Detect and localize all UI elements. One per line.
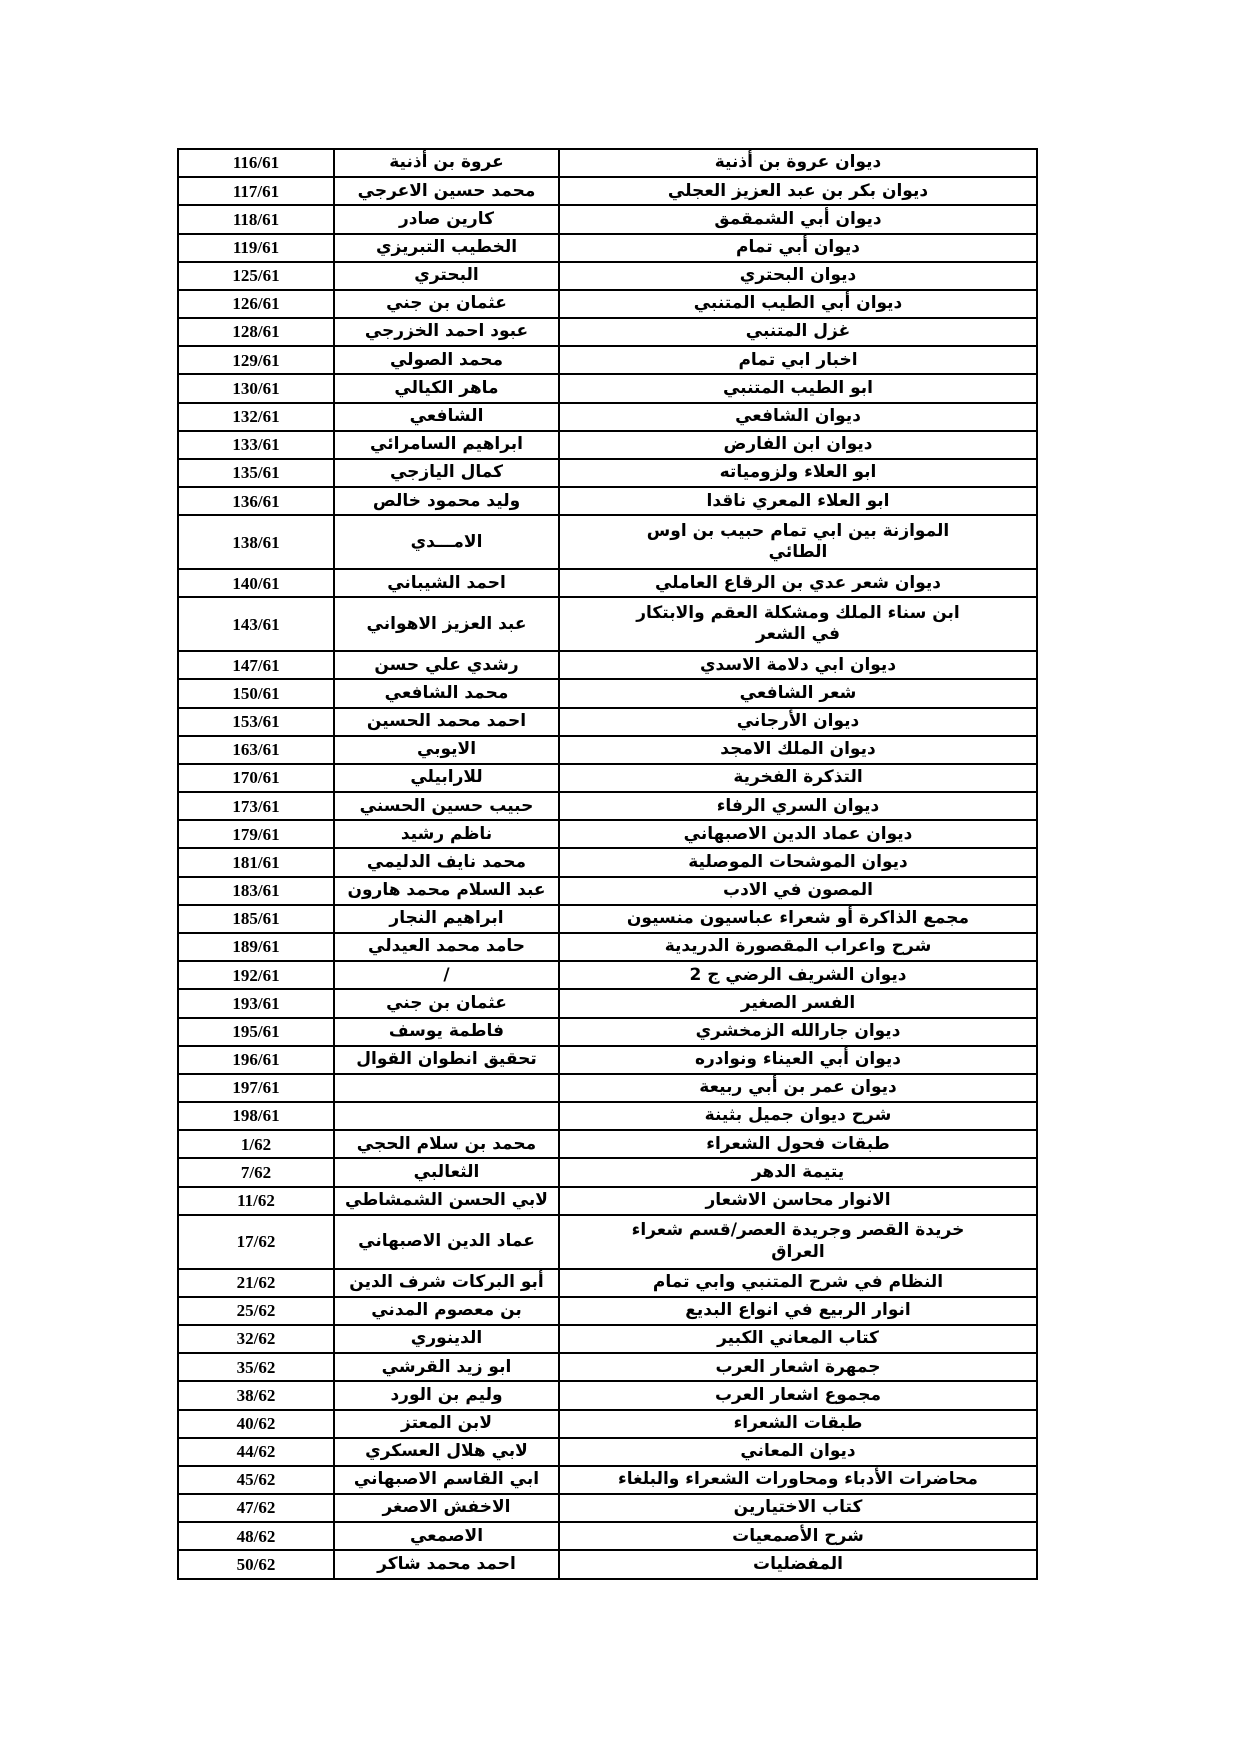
record-number-cell: 135/61 bbox=[178, 459, 334, 487]
author-cell: ابراهيم السامرائي bbox=[334, 431, 559, 459]
book-title-cell: خريدة القصر وجريدة العصر/قسم شعراء العرا… bbox=[559, 1215, 1037, 1269]
table-row: 170/61 للارابيلي التذكرة الفخرية bbox=[178, 764, 1037, 792]
record-number-cell: 126/61 bbox=[178, 290, 334, 318]
record-number-cell: 133/61 bbox=[178, 431, 334, 459]
author-cell: عروة بن أذنية bbox=[334, 149, 559, 177]
book-title-cell: المفضليات bbox=[559, 1550, 1037, 1579]
author-cell: عبود احمد الخزرجي bbox=[334, 318, 559, 346]
author-cell: أبو البركات شرف الدين bbox=[334, 1269, 559, 1297]
book-title-cell: ابو العلاء ولزومياته bbox=[559, 459, 1037, 487]
author-cell: الاصمعي bbox=[334, 1522, 559, 1550]
record-number-cell: 163/61 bbox=[178, 736, 334, 764]
table-row: 163/61 الايوبي ديوان الملك الامجد bbox=[178, 736, 1037, 764]
record-number-cell: 1/62 bbox=[178, 1130, 334, 1158]
book-title-cell: ديوان ابن الفارض bbox=[559, 431, 1037, 459]
book-title-cell: ابو العلاء المعري ناقدا bbox=[559, 487, 1037, 515]
table-row: 7/62 الثعالبي يتيمة الدهر bbox=[178, 1158, 1037, 1186]
book-title-cell: ديوان عماد الدين الاصبهاني bbox=[559, 820, 1037, 848]
table-row: 136/61 وليد محمود خالص ابو العلاء المعري… bbox=[178, 487, 1037, 515]
record-number-cell: 50/62 bbox=[178, 1550, 334, 1579]
author-cell: لابن المعتز bbox=[334, 1410, 559, 1438]
book-title-cell: ديوان الشريف الرضي ج 2 bbox=[559, 961, 1037, 989]
table-row: 185/61 ابراهيم النجار مجمع الذاكرة أو شع… bbox=[178, 905, 1037, 933]
table-row: 128/61 عبود احمد الخزرجي غزل المتنبي bbox=[178, 318, 1037, 346]
book-title-cell: مجمع الذاكرة أو شعراء عباسيون منسيون bbox=[559, 905, 1037, 933]
table-row: 44/62 لابي هلال العسكري ديوان المعاني bbox=[178, 1438, 1037, 1466]
book-title-cell: ديوان البحتري bbox=[559, 262, 1037, 290]
book-title-cell: ديوان عروة بن أذنية bbox=[559, 149, 1037, 177]
record-number-cell: 32/62 bbox=[178, 1325, 334, 1353]
author-cell: لابي الحسن الشمشاطي bbox=[334, 1187, 559, 1215]
table-row: 48/62 الاصمعي شرح الأصمعيات bbox=[178, 1522, 1037, 1550]
table-row: 135/61 كمال اليازجي ابو العلاء ولزومياته bbox=[178, 459, 1037, 487]
table-row: 116/61 عروة بن أذنية ديوان عروة بن أذنية bbox=[178, 149, 1037, 177]
author-cell: محمد حسين الاعرجي bbox=[334, 177, 559, 205]
record-number-cell: 118/61 bbox=[178, 205, 334, 233]
table-row: 193/61 عثمان بن جني الفسر الصغير bbox=[178, 989, 1037, 1017]
author-cell: ابراهيم النجار bbox=[334, 905, 559, 933]
book-title-cell: ديوان ابي دلامة الاسدي bbox=[559, 651, 1037, 679]
record-number-cell: 138/61 bbox=[178, 515, 334, 569]
book-title-cell: النظام في شرح المتنبي وابي تمام bbox=[559, 1269, 1037, 1297]
record-number-cell: 170/61 bbox=[178, 764, 334, 792]
author-cell: احمد الشيباني bbox=[334, 569, 559, 597]
record-number-cell: 130/61 bbox=[178, 374, 334, 402]
author-cell: احمد محمد شاكر bbox=[334, 1550, 559, 1579]
author-cell: تحقيق انطوان القوال bbox=[334, 1046, 559, 1074]
author-cell: البحتري bbox=[334, 262, 559, 290]
author-cell: لابي هلال العسكري bbox=[334, 1438, 559, 1466]
record-number-cell: 196/61 bbox=[178, 1046, 334, 1074]
record-number-cell: 11/62 bbox=[178, 1187, 334, 1215]
author-cell: حامد محمد العيدلي bbox=[334, 933, 559, 961]
table-row: 118/61 كارين صادر ديوان أبي الشمقمق bbox=[178, 205, 1037, 233]
table-row: 38/62 وليم بن الورد مجموع اشعار العرب bbox=[178, 1381, 1037, 1409]
record-number-cell: 185/61 bbox=[178, 905, 334, 933]
record-number-cell: 189/61 bbox=[178, 933, 334, 961]
author-cell: وليم بن الورد bbox=[334, 1381, 559, 1409]
table-row: 21/62 أبو البركات شرف الدين النظام في شر… bbox=[178, 1269, 1037, 1297]
table-row: 153/61 احمد محمد الحسين ديوان الأرجاني bbox=[178, 708, 1037, 736]
record-number-cell: 195/61 bbox=[178, 1018, 334, 1046]
record-number-cell: 119/61 bbox=[178, 234, 334, 262]
book-title-cell: ديوان الأرجاني bbox=[559, 708, 1037, 736]
table-row: 183/61 عبد السلام محمد هارون المصون في ا… bbox=[178, 877, 1037, 905]
author-cell: عبد السلام محمد هارون bbox=[334, 877, 559, 905]
record-number-cell: 38/62 bbox=[178, 1381, 334, 1409]
record-number-cell: 179/61 bbox=[178, 820, 334, 848]
record-number-cell: 198/61 bbox=[178, 1102, 334, 1130]
table-row: 198/61 شرح ديوان جميل بثينة bbox=[178, 1102, 1037, 1130]
record-number-cell: 35/62 bbox=[178, 1353, 334, 1381]
author-cell: الخطيب التبريزي bbox=[334, 234, 559, 262]
record-number-cell: 44/62 bbox=[178, 1438, 334, 1466]
author-cell: ناظم رشيد bbox=[334, 820, 559, 848]
table-row: 47/62 الاخفش الاصغر كتاب الاختيارين bbox=[178, 1494, 1037, 1522]
record-number-cell: 47/62 bbox=[178, 1494, 334, 1522]
table-row: 119/61 الخطيب التبريزي ديوان أبي تمام bbox=[178, 234, 1037, 262]
author-cell: ابي القاسم الاصبهاني bbox=[334, 1466, 559, 1494]
author-cell: عبد العزيز الاهواني bbox=[334, 597, 559, 651]
author-cell: محمد الشافعي bbox=[334, 679, 559, 707]
table-row: 189/61 حامد محمد العيدلي شرح واعراب المق… bbox=[178, 933, 1037, 961]
table-row: 1/62 محمد بن سلام الحجي طبقات فحول الشعر… bbox=[178, 1130, 1037, 1158]
book-title-cell: اخبار ابي تمام bbox=[559, 346, 1037, 374]
book-title-cell: الانوار محاسن الاشعار bbox=[559, 1187, 1037, 1215]
record-number-cell: 17/62 bbox=[178, 1215, 334, 1269]
book-title-cell: انوار الربيع في انواع البديع bbox=[559, 1297, 1037, 1325]
book-title-cell: طبقات الشعراء bbox=[559, 1410, 1037, 1438]
book-title-cell: محاضرات الأدباء ومحاورات الشعراء والبلغا… bbox=[559, 1466, 1037, 1494]
book-title-cell: مجموع اشعار العرب bbox=[559, 1381, 1037, 1409]
record-number-cell: 132/61 bbox=[178, 403, 334, 431]
author-cell: محمد الصولي bbox=[334, 346, 559, 374]
table-row: 192/61 / ديوان الشريف الرضي ج 2 bbox=[178, 961, 1037, 989]
table-row: 125/61 البحتري ديوان البحتري bbox=[178, 262, 1037, 290]
author-cell: محمد بن سلام الحجي bbox=[334, 1130, 559, 1158]
table-row: 133/61 ابراهيم السامرائي ديوان ابن الفار… bbox=[178, 431, 1037, 459]
author-cell: الايوبي bbox=[334, 736, 559, 764]
author-cell: كمال اليازجي bbox=[334, 459, 559, 487]
table-row: 130/61 ماهر الكيالي ابو الطيب المتنبي bbox=[178, 374, 1037, 402]
author-cell: ابو زيد القرشي bbox=[334, 1353, 559, 1381]
record-number-cell: 117/61 bbox=[178, 177, 334, 205]
book-title-cell: شعر الشافعي bbox=[559, 679, 1037, 707]
author-cell: الدينوري bbox=[334, 1325, 559, 1353]
table-row: 32/62 الدينوري كتاب المعاني الكبير bbox=[178, 1325, 1037, 1353]
document-page: 116/61 عروة بن أذنية ديوان عروة بن أذنية… bbox=[0, 0, 1239, 1754]
table-row: 195/61 فاطمة يوسف ديوان جارالله الزمخشري bbox=[178, 1018, 1037, 1046]
record-number-cell: 147/61 bbox=[178, 651, 334, 679]
table-row: 179/61 ناظم رشيد ديوان عماد الدين الاصبه… bbox=[178, 820, 1037, 848]
author-cell: ماهر الكيالي bbox=[334, 374, 559, 402]
record-number-cell: 143/61 bbox=[178, 597, 334, 651]
record-number-cell: 40/62 bbox=[178, 1410, 334, 1438]
book-title-cell: ديوان شعر عدي بن الرقاع العاملي bbox=[559, 569, 1037, 597]
table-row: 25/62 بن معصوم المدني انوار الربيع في ان… bbox=[178, 1297, 1037, 1325]
book-title-cell: شرح الأصمعيات bbox=[559, 1522, 1037, 1550]
author-cell: حبيب حسين الحسني bbox=[334, 792, 559, 820]
author-cell: رشدي علي حسن bbox=[334, 651, 559, 679]
record-number-cell: 153/61 bbox=[178, 708, 334, 736]
book-catalog-table: 116/61 عروة بن أذنية ديوان عروة بن أذنية… bbox=[177, 148, 1038, 1580]
record-number-cell: 25/62 bbox=[178, 1297, 334, 1325]
book-title-cell: ابو الطيب المتنبي bbox=[559, 374, 1037, 402]
book-title-cell: ديوان المعاني bbox=[559, 1438, 1037, 1466]
table-row: 126/61 عثمان بن جني ديوان أبي الطيب المت… bbox=[178, 290, 1037, 318]
table-row: 150/61 محمد الشافعي شعر الشافعي bbox=[178, 679, 1037, 707]
book-title-cell: كتاب الاختيارين bbox=[559, 1494, 1037, 1522]
table-row: 197/61 ديوان عمر بن أبي ربيعة bbox=[178, 1074, 1037, 1102]
record-number-cell: 193/61 bbox=[178, 989, 334, 1017]
book-title-cell: ديوان أبي الشمقمق bbox=[559, 205, 1037, 233]
author-cell: فاطمة يوسف bbox=[334, 1018, 559, 1046]
table-row: 50/62 احمد محمد شاكر المفضليات bbox=[178, 1550, 1037, 1579]
author-cell: وليد محمود خالص bbox=[334, 487, 559, 515]
book-title-cell: الموازنة بين ابي تمام حبيب بن اوس الطائي bbox=[559, 515, 1037, 569]
book-title-cell: المصون في الادب bbox=[559, 877, 1037, 905]
table-row: 140/61 احمد الشيباني ديوان شعر عدي بن ال… bbox=[178, 569, 1037, 597]
book-title-cell: الفسر الصغير bbox=[559, 989, 1037, 1017]
record-number-cell: 21/62 bbox=[178, 1269, 334, 1297]
table-row: 11/62 لابي الحسن الشمشاطي الانوار محاسن … bbox=[178, 1187, 1037, 1215]
table-row: 181/61 محمد نايف الدليمي ديوان الموشحات … bbox=[178, 848, 1037, 876]
table-row: 45/62 ابي القاسم الاصبهاني محاضرات الأدب… bbox=[178, 1466, 1037, 1494]
record-number-cell: 150/61 bbox=[178, 679, 334, 707]
table-row: 129/61 محمد الصولي اخبار ابي تمام bbox=[178, 346, 1037, 374]
table-row: 143/61 عبد العزيز الاهواني ابن سناء المل… bbox=[178, 597, 1037, 651]
author-cell: الاخفش الاصغر bbox=[334, 1494, 559, 1522]
table-row: 35/62 ابو زيد القرشي جمهرة اشعار العرب bbox=[178, 1353, 1037, 1381]
record-number-cell: 173/61 bbox=[178, 792, 334, 820]
author-cell: عثمان بن جني bbox=[334, 290, 559, 318]
record-number-cell: 140/61 bbox=[178, 569, 334, 597]
table-row: 117/61 محمد حسين الاعرجي ديوان بكر بن عب… bbox=[178, 177, 1037, 205]
book-title-cell: شرح واعراب المقصورة الدريدية bbox=[559, 933, 1037, 961]
author-cell: بن معصوم المدني bbox=[334, 1297, 559, 1325]
author-cell: الثعالبي bbox=[334, 1158, 559, 1186]
author-cell: / bbox=[334, 961, 559, 989]
book-title-cell: ديوان عمر بن أبي ربيعة bbox=[559, 1074, 1037, 1102]
author-cell bbox=[334, 1102, 559, 1130]
table-row: 138/61 الامـــدي الموازنة بين ابي تمام ح… bbox=[178, 515, 1037, 569]
author-cell: للارابيلي bbox=[334, 764, 559, 792]
book-title-cell: طبقات فحول الشعراء bbox=[559, 1130, 1037, 1158]
book-title-cell: التذكرة الفخرية bbox=[559, 764, 1037, 792]
book-title-cell: ديوان أبي العيناء ونوادره bbox=[559, 1046, 1037, 1074]
author-cell: الشافعي bbox=[334, 403, 559, 431]
record-number-cell: 128/61 bbox=[178, 318, 334, 346]
book-title-cell: ديوان جارالله الزمخشري bbox=[559, 1018, 1037, 1046]
book-title-cell: ديوان بكر بن عبد العزيز العجلي bbox=[559, 177, 1037, 205]
table-row: 17/62 عماد الدين الاصبهاني خريدة القصر و… bbox=[178, 1215, 1037, 1269]
table-row: 40/62 لابن المعتز طبقات الشعراء bbox=[178, 1410, 1037, 1438]
book-title-cell: غزل المتنبي bbox=[559, 318, 1037, 346]
book-title-cell: كتاب المعاني الكبير bbox=[559, 1325, 1037, 1353]
record-number-cell: 7/62 bbox=[178, 1158, 334, 1186]
table-body: 116/61 عروة بن أذنية ديوان عروة بن أذنية… bbox=[178, 149, 1037, 1579]
book-title-cell: جمهرة اشعار العرب bbox=[559, 1353, 1037, 1381]
table-row: 196/61 تحقيق انطوان القوال ديوان أبي الع… bbox=[178, 1046, 1037, 1074]
record-number-cell: 192/61 bbox=[178, 961, 334, 989]
book-title-cell: ديوان أبي تمام bbox=[559, 234, 1037, 262]
record-number-cell: 129/61 bbox=[178, 346, 334, 374]
author-cell: عثمان بن جني bbox=[334, 989, 559, 1017]
book-title-cell: ديوان السري الرفاء bbox=[559, 792, 1037, 820]
author-cell bbox=[334, 1074, 559, 1102]
book-title-cell: يتيمة الدهر bbox=[559, 1158, 1037, 1186]
record-number-cell: 136/61 bbox=[178, 487, 334, 515]
record-number-cell: 116/61 bbox=[178, 149, 334, 177]
book-title-cell: ديوان الملك الامجد bbox=[559, 736, 1037, 764]
author-cell: محمد نايف الدليمي bbox=[334, 848, 559, 876]
book-title-cell: ديوان الموشحات الموصلية bbox=[559, 848, 1037, 876]
book-title-cell: ديوان الشافعي bbox=[559, 403, 1037, 431]
author-cell: عماد الدين الاصبهاني bbox=[334, 1215, 559, 1269]
table-row: 147/61 رشدي علي حسن ديوان ابي دلامة الاس… bbox=[178, 651, 1037, 679]
book-title-cell: شرح ديوان جميل بثينة bbox=[559, 1102, 1037, 1130]
author-cell: كارين صادر bbox=[334, 205, 559, 233]
table-row: 173/61 حبيب حسين الحسني ديوان السري الرف… bbox=[178, 792, 1037, 820]
author-cell: احمد محمد الحسين bbox=[334, 708, 559, 736]
author-cell: الامـــدي bbox=[334, 515, 559, 569]
record-number-cell: 45/62 bbox=[178, 1466, 334, 1494]
record-number-cell: 197/61 bbox=[178, 1074, 334, 1102]
table-row: 132/61 الشافعي ديوان الشافعي bbox=[178, 403, 1037, 431]
book-title-cell: ديوان أبي الطيب المتنبي bbox=[559, 290, 1037, 318]
record-number-cell: 183/61 bbox=[178, 877, 334, 905]
book-title-cell: ابن سناء الملك ومشكلة العقم والابتكار في… bbox=[559, 597, 1037, 651]
record-number-cell: 125/61 bbox=[178, 262, 334, 290]
record-number-cell: 181/61 bbox=[178, 848, 334, 876]
record-number-cell: 48/62 bbox=[178, 1522, 334, 1550]
